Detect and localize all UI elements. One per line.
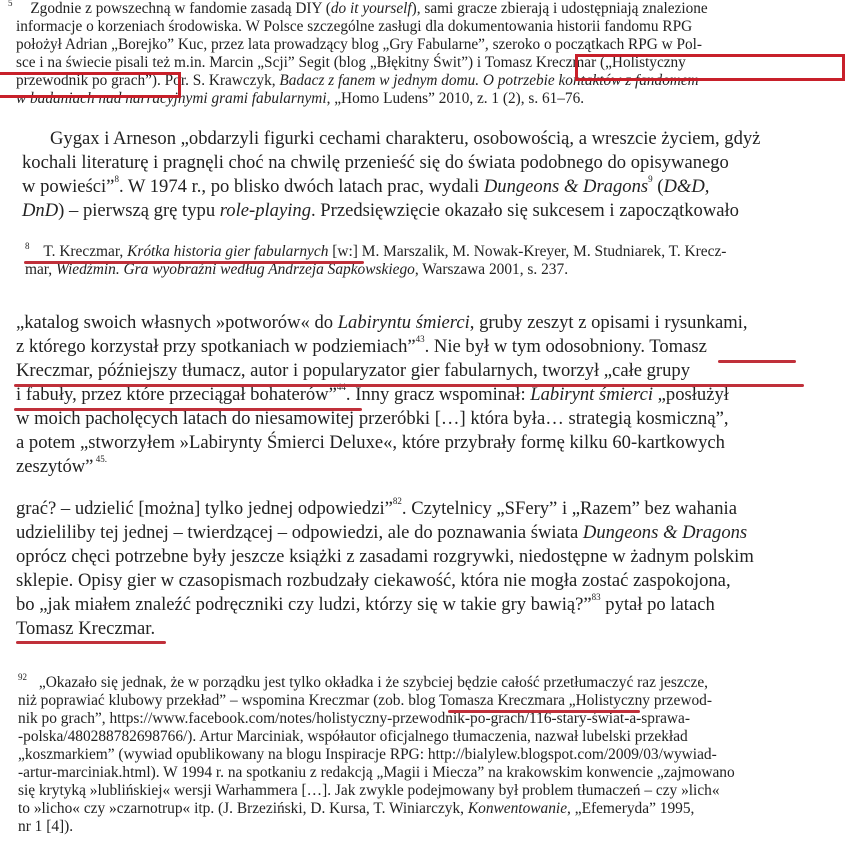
footnote-number: 5 xyxy=(8,0,13,8)
red-underline xyxy=(14,384,804,387)
red-highlight-box xyxy=(575,54,845,81)
red-underline xyxy=(16,641,166,644)
red-underline xyxy=(448,710,640,713)
footnote-number: 8 xyxy=(25,241,30,251)
red-highlight-box xyxy=(0,72,181,98)
footnote-number: 92 xyxy=(18,672,27,682)
highlighted-name: Tomasz Kreczmar. xyxy=(16,618,155,640)
highlighted-blog-name: blog Tomasza Kreczmara „ xyxy=(408,692,575,709)
red-underline xyxy=(718,360,796,363)
red-underline xyxy=(14,408,362,411)
red-underline xyxy=(24,261,364,264)
